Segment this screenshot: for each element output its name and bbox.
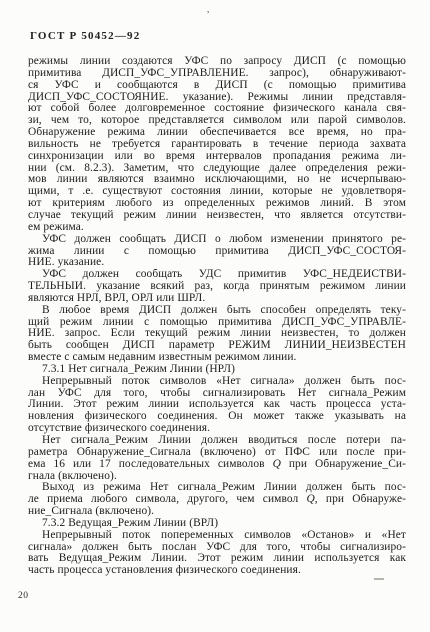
text-line: вильность не требуется гарантировать в т… — [28, 139, 406, 151]
text-line: ют критериям любого из определенных режи… — [28, 198, 406, 210]
text-line: гнала (включено). — [28, 471, 406, 483]
text-line: Обнаружение режима линии обеспечивается … — [28, 127, 406, 139]
text-line: ДИСП_УФС_СОСТОЯНИЕ. указание). Режимы ли… — [28, 92, 406, 104]
text-line: 7.3.2 Ведущая_Режим Линии (ВРЛ) — [28, 518, 406, 530]
scan-artifact-dash — [374, 578, 384, 580]
text-line: случае текущий режим линии неизвестен, ч… — [28, 210, 406, 222]
page-number: 20 — [18, 591, 29, 601]
text-line: УФС должен сообщать ДИСП о любом изменен… — [28, 234, 406, 246]
text-line: синхронизации или во время интервалов пр… — [28, 151, 406, 163]
text-line: щими, т .е. существуют состояния линии, … — [28, 186, 406, 198]
document-body-text: режимы линии создаются УФС по запросу ДИ… — [28, 56, 406, 577]
text-line: Нет сигнала_Режим Линии должен вводиться… — [28, 435, 406, 447]
text-line: часть процесса установления физического … — [28, 565, 406, 577]
text-line: раметра Обнаружение_Сигнала (включено) о… — [28, 447, 406, 459]
scanned-document-page: , ГОСТ Р 50452—92 режимы линии создаются… — [0, 0, 430, 632]
text-line: щий режим линии с помощью примитива ДИСП… — [28, 317, 406, 329]
text-line: нии (см. 8.2.3). Заметим, что следующие … — [28, 163, 406, 175]
text-line: ема 16 или 17 последовательных символов … — [28, 459, 406, 471]
text-line: примитива ДИСП_УФС_УПРАВЛЕНИЕ. запрос), … — [28, 68, 406, 80]
text-line: 7.3.1 Нет сигнала_Режим Линии (НРЛ) — [28, 364, 406, 376]
text-line: зи, чем то, которое представляется симво… — [28, 115, 406, 127]
standard-designation-header: ГОСТ Р 50452—92 — [30, 30, 140, 42]
text-line: ют собой более долговременное состояние … — [28, 103, 406, 115]
text-line: УФС должен сообщать УДС примитив УФС_НЕД… — [28, 269, 406, 281]
text-line: Выход из режима Нет сигнала_Режим Линии … — [28, 482, 406, 494]
text-line: Линии. Этот режим линии используется как… — [28, 399, 406, 411]
text-line: ся УФС и сообщаются в ДИСП (с помощью пр… — [28, 80, 406, 92]
text-line: отсутствие физического соединения. — [28, 423, 406, 435]
text-line: ем режима. — [28, 222, 406, 234]
text-line: НИЕ. указание. — [28, 257, 406, 269]
text-line: Непрерывный поток попеременных символов … — [28, 530, 406, 542]
text-line: лан УФС для того, чтобы сигнализировать … — [28, 388, 406, 400]
text-line: В любое время ДИСП должен быть способен … — [28, 305, 406, 317]
text-line: НИЕ. запрос. Если текущий режим линии не… — [28, 328, 406, 340]
scan-artifact-speck: , — [207, 4, 209, 14]
text-line: режимы линии создаются УФС по запросу ДИ… — [28, 56, 406, 68]
text-line: Непрерывный поток символов «Нет сигнала»… — [28, 376, 406, 388]
text-line: мов линии являются взаимно исключающими,… — [28, 174, 406, 186]
text-line: сигнала» должен быть послан УФС для того… — [28, 542, 406, 554]
text-line: являются НРЛ, ВРЛ, ОРЛ или ШРЛ. — [28, 293, 406, 305]
